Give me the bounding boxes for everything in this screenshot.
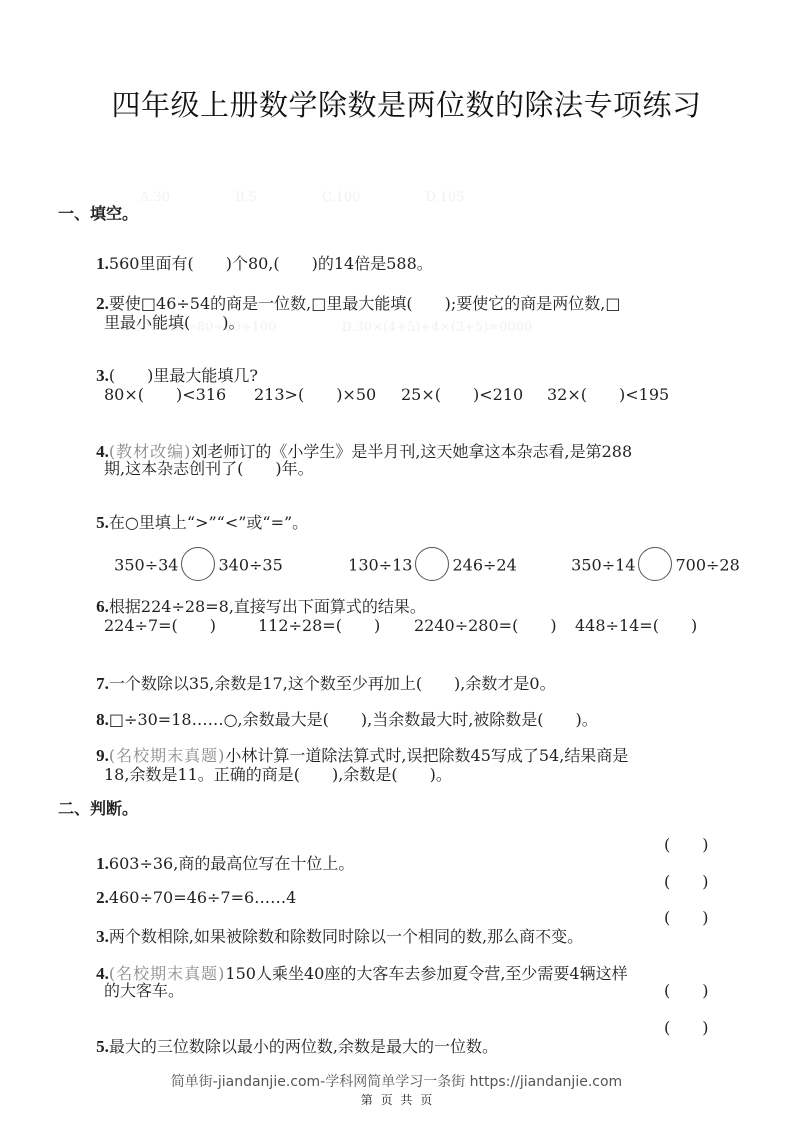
question-1-3: 3.( )里最大能填几? xyxy=(86,344,258,386)
answer-blank[interactable]: ( ) xyxy=(664,832,709,855)
question-1-5: 5.在○里填上“>”“<”或“=”。 xyxy=(86,491,308,533)
comparison-right: 340÷35 xyxy=(218,556,282,575)
judge-5: 5.最大的三位数除以最小的两位数,余数是最大的一位数。 xyxy=(86,1015,498,1057)
comparison-right: 700÷28 xyxy=(675,556,739,575)
question-number: 1. xyxy=(96,254,109,273)
answer-blank[interactable]: ( ) xyxy=(664,978,709,1001)
comparison-right: 246÷24 xyxy=(452,556,516,575)
q6-item-2: 112÷28=( ) xyxy=(258,613,380,636)
answer-blank[interactable]: ( ) xyxy=(664,869,709,892)
question-1-6: 6.根据224÷28=8,直接写出下面算式的结果。 xyxy=(86,575,426,617)
judge-2: 2.460÷70=46÷7=6……4 xyxy=(86,869,296,908)
q3-item-1: 80×( )<316 xyxy=(104,382,226,405)
judge-4-cont: 的大客车。 xyxy=(104,978,184,1001)
footer-page-number: 第 页 共 页 xyxy=(0,1091,793,1108)
bleed-through-text: A.30 B.5 C.100 D.105 xyxy=(140,186,464,205)
q3-item-2: 213>( )×50 xyxy=(254,382,376,405)
question-number: 5. xyxy=(96,1037,109,1056)
question-1-2-cont: 里最小能填( )。 xyxy=(104,310,245,333)
question-1-4-cont: 期,这本杂志创刊了( )年。 xyxy=(104,456,314,479)
section-heading-fill-blank: 一、填空。 xyxy=(58,201,138,224)
question-1-9: 9.(名校期末真题)小林计算一道除法算式时,误把除数45写成了54,结果商是 xyxy=(86,724,628,766)
judge-1: 1.603÷36,商的最高位写在十位上。 xyxy=(86,832,354,874)
question-1-2: 2.要使□46÷54的商是一位数,□里最大能填( );要使它的商是两位数,□ xyxy=(86,272,620,314)
question-text: 150人乘坐40座的大客车去参加夏令营,至少需要4辆这样 xyxy=(225,964,627,983)
q6-item-4: 448÷14=( ) xyxy=(575,613,697,636)
comparison-3: 350÷14700÷28 xyxy=(561,530,740,583)
comparison-left: 350÷14 xyxy=(571,556,635,575)
q3-item-3: 25×( )<210 xyxy=(401,382,523,405)
page-title: 四年级上册数学除数是两位数的除法专项练习 xyxy=(0,83,793,124)
answer-blank[interactable]: ( ) xyxy=(664,1015,709,1038)
question-text: 最大的三位数除以最小的两位数,余数是最大的一位数。 xyxy=(109,1037,498,1056)
comparison-left: 130÷13 xyxy=(348,556,412,575)
question-1-9-cont: 18,余数是11。正确的商是( ),余数是( )。 xyxy=(104,762,452,785)
q6-item-3: 2240÷280=( ) xyxy=(414,613,557,636)
q6-item-1: 224÷7=( ) xyxy=(104,613,216,636)
answer-circle[interactable] xyxy=(638,547,672,581)
section-heading-true-false: 二、判断。 xyxy=(58,796,138,819)
answer-blank[interactable]: ( ) xyxy=(664,905,709,928)
judge-3: 3.两个数相除,如果被除数和除数同时除以一个相同的数,那么商不变。 xyxy=(86,905,583,947)
question-text: 560里面有( )个80,( )的14倍是588。 xyxy=(109,254,433,273)
comparison-left: 350÷34 xyxy=(114,556,178,575)
question-1-1: 1.560里面有( )个80,( )的14倍是588。 xyxy=(86,232,433,274)
footer-site-link[interactable]: 简单街-jiandanjie.com-学科网简单学习一条街 https://ji… xyxy=(0,1071,793,1091)
q3-item-4: 32×( )<195 xyxy=(547,382,669,405)
